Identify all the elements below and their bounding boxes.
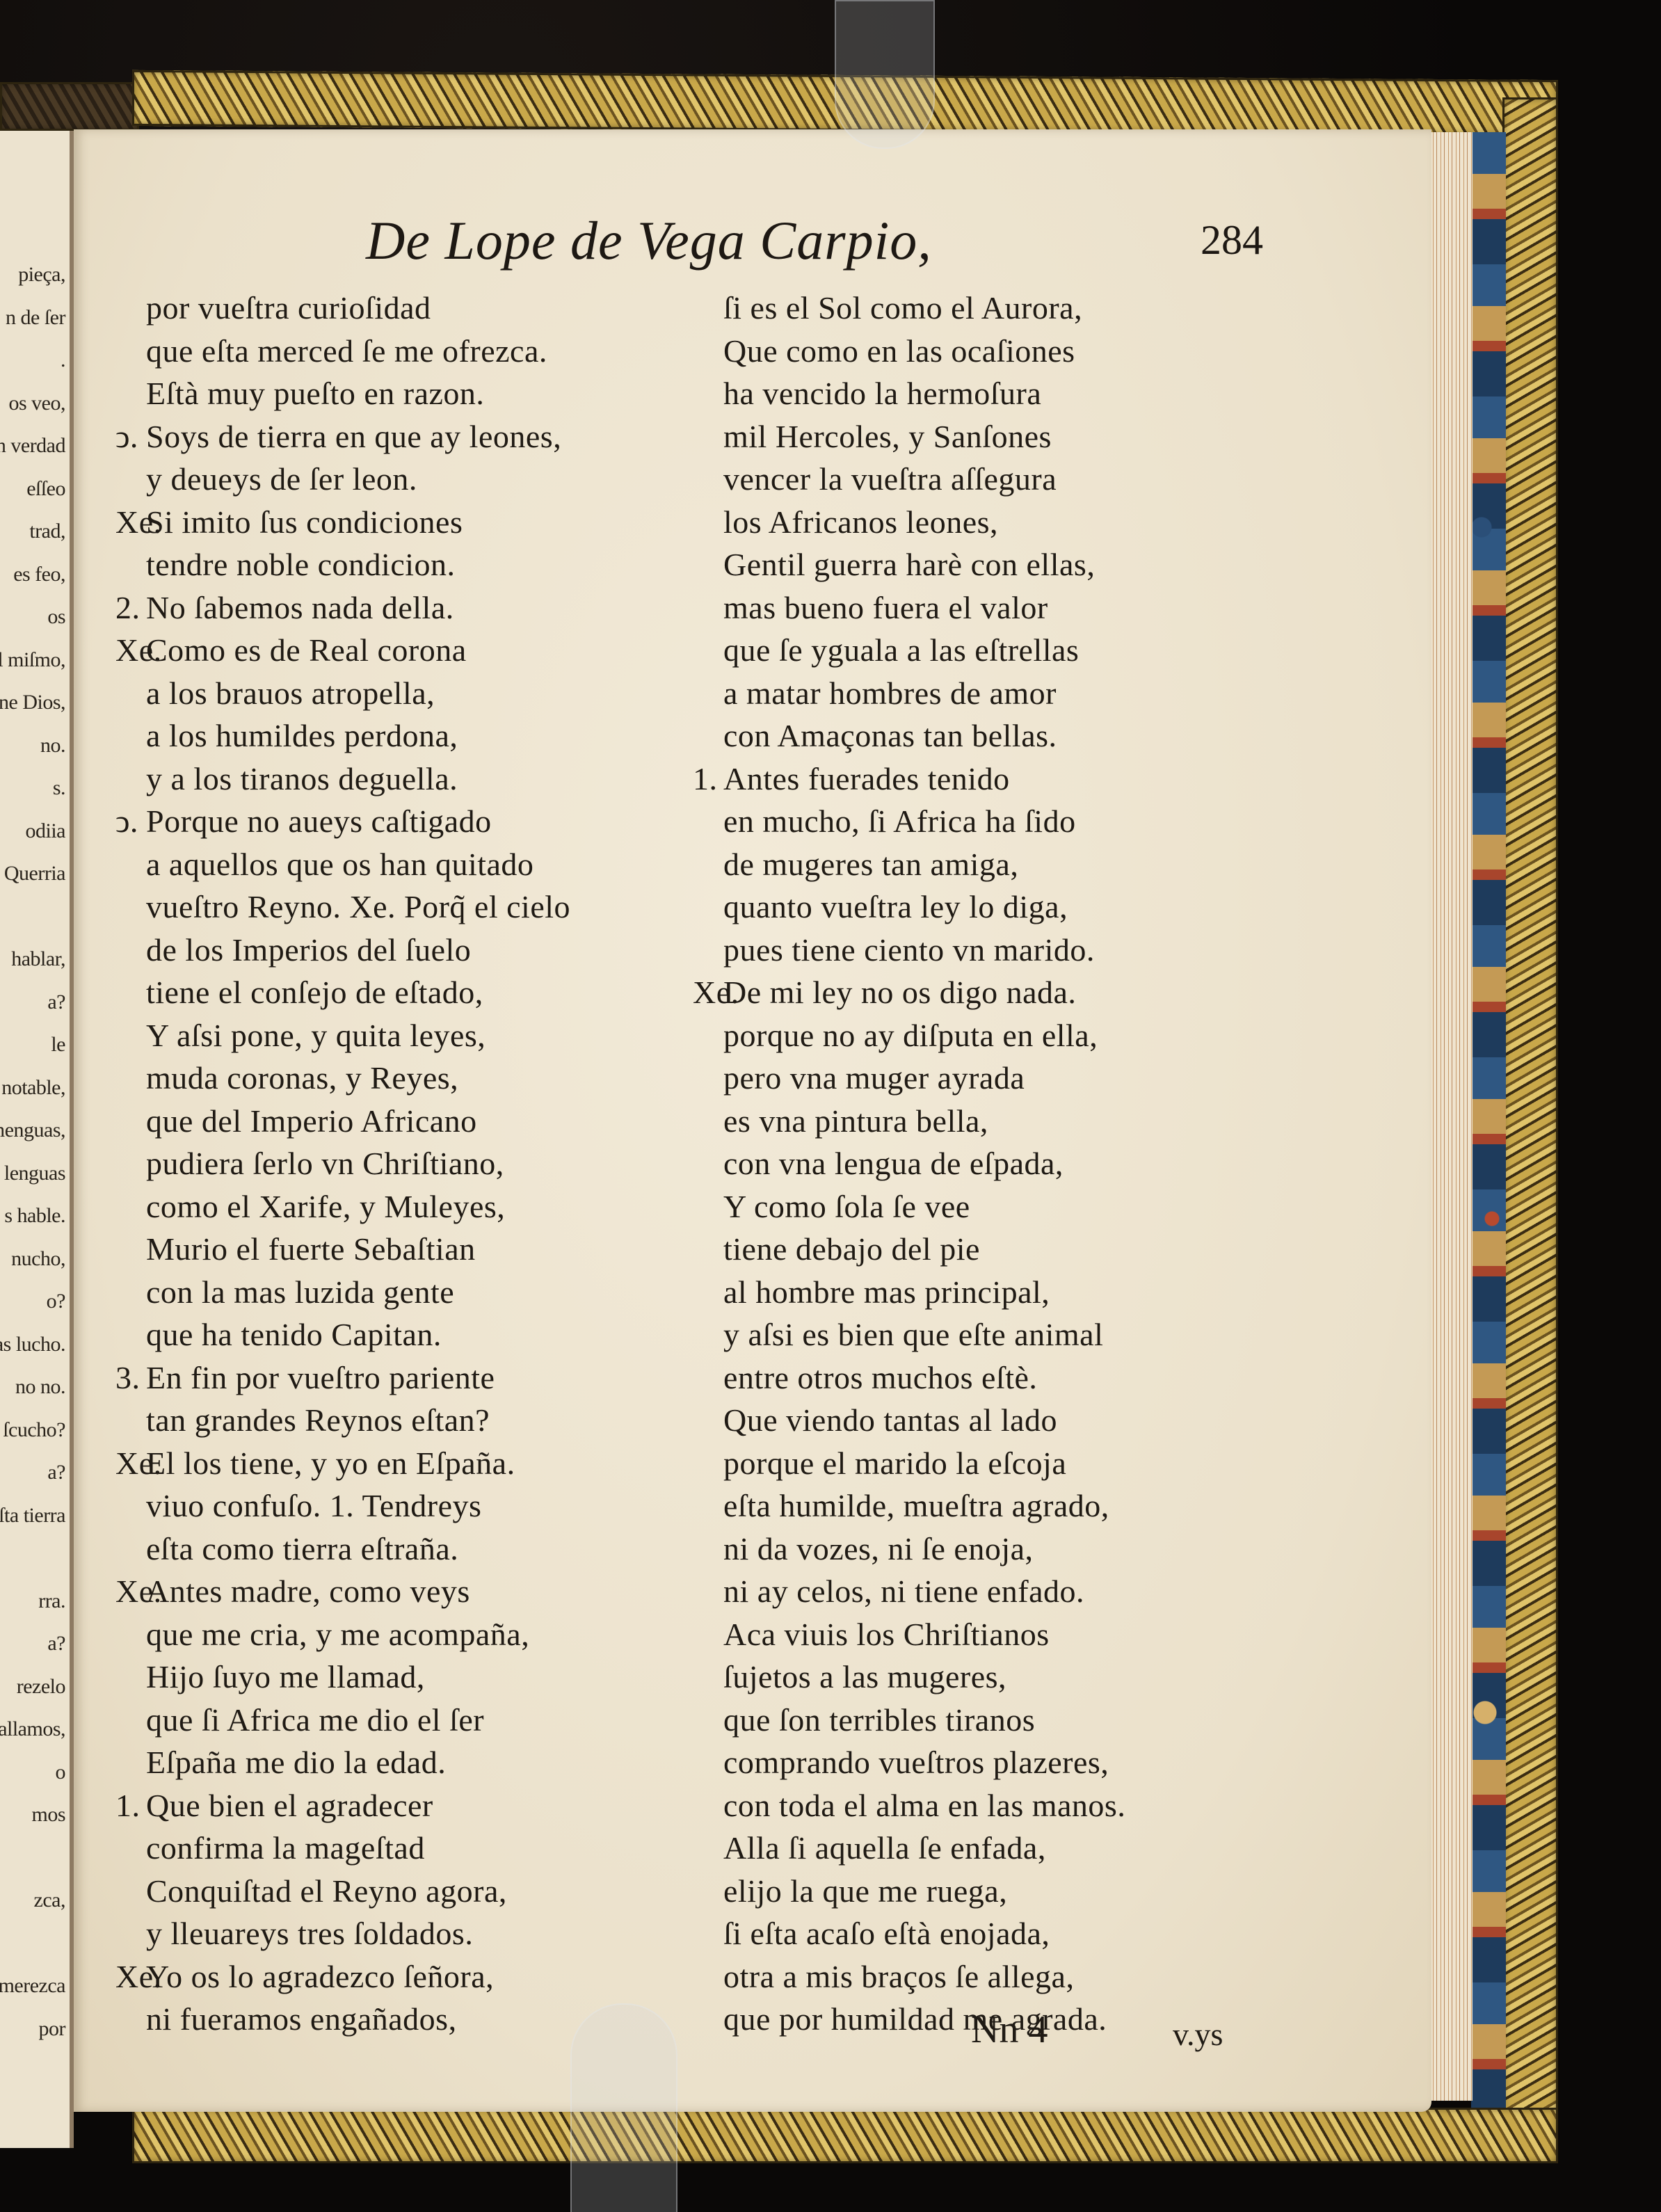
verse-text: con vna lengua de eſpada, xyxy=(723,1146,1064,1181)
facing-page-left: pieça,n de ſer.os veo,en verdadeſſeotrad… xyxy=(0,131,74,2148)
verse-line: que ſi Africa me dio el ſer xyxy=(115,1699,570,1742)
verse-text: que me cria, y me acompaña, xyxy=(146,1617,529,1652)
verse-text: de mugeres tan amiga, xyxy=(723,847,1018,882)
verse-text: que ſon terribles tiranos xyxy=(723,1702,1035,1738)
verse-text: viuo confuſo. 1. Tendreys xyxy=(146,1488,481,1523)
verse-text: vencer la vueſtra aſſegura xyxy=(723,461,1057,497)
verse-line: que por humildad me agrada. xyxy=(693,1998,1125,2041)
verse-text: a los humildes perdona, xyxy=(146,718,458,753)
verse-text: Que como en las ocaſiones xyxy=(723,333,1075,369)
facing-page-fragment: trad, xyxy=(29,520,65,543)
speaker-label: Xe. xyxy=(115,1442,146,1485)
facing-page-fragment: s. xyxy=(53,776,65,800)
verse-text: Que viendo tantas al lado xyxy=(723,1402,1057,1438)
verse-line: porque no ay diſputa en ella, xyxy=(693,1014,1125,1057)
verse-text: a los brauos atropella, xyxy=(146,675,435,711)
verse-text: ſi eſta acaſo eſtà enojada, xyxy=(723,1916,1050,1951)
verse-text: Alla ſi aquella ſe enfada, xyxy=(723,1830,1046,1866)
verse-text: tiene debajo del pie xyxy=(723,1231,980,1267)
verse-line: Xe.De mi ley no os digo nada. xyxy=(693,971,1125,1014)
verse-text: tendre noble condicion. xyxy=(146,547,456,582)
facing-page-fragment: os veo, xyxy=(9,392,66,415)
verse-line: Y aſsi pone, y quita leyes, xyxy=(115,1014,570,1057)
text-column-right: ſi es el Sol como el Aurora,Que como en … xyxy=(693,287,1125,2041)
verse-text: Que bien el agradecer xyxy=(146,1788,433,1823)
verse-line: tendre noble condicion. xyxy=(115,543,570,586)
verse-line: pues tiene ciento vn marido. xyxy=(693,929,1125,972)
verse-line: Conquiſtad el Reyno agora, xyxy=(115,1870,570,1913)
verse-text: No ſabemos nada della. xyxy=(146,590,454,625)
speaker-label: 2. xyxy=(115,586,146,630)
verse-line: 1.Antes fuerades tenido xyxy=(693,758,1125,801)
verse-line: Hijo ſuyo me llamad, xyxy=(115,1656,570,1699)
facing-page-fragment: os xyxy=(47,605,65,629)
verse-line: por vueſtra curioſidad xyxy=(115,287,570,330)
verse-line: 2.No ſabemos nada della. xyxy=(115,586,570,630)
verse-line: 1.Que bien el agradecer xyxy=(115,1784,570,1827)
verse-text: eſta humilde, mueſtra agrado, xyxy=(723,1488,1109,1523)
facing-page-fragment: a? xyxy=(47,991,65,1014)
verse-text: vueſtro Reyno. Xe. Porq̃ el cielo xyxy=(146,889,570,924)
speaker-label: ↄ. xyxy=(115,415,146,458)
facing-page-fragment: Querria xyxy=(4,862,65,885)
verse-text: y lleuareys tres ſoldados. xyxy=(146,1916,473,1951)
verse-text: comprando vueſtros plazeres, xyxy=(723,1745,1109,1780)
marbled-fore-edge xyxy=(1471,132,1506,2108)
verse-line: ſujetos a las mugeres, xyxy=(693,1656,1125,1699)
verse-line: tan grandes Reynos eſtan? xyxy=(115,1399,570,1442)
facing-page-fragment: no. xyxy=(40,734,65,758)
verse-text: con la mas luzida gente xyxy=(146,1274,454,1310)
left-binding-edge xyxy=(0,82,139,131)
facing-page-fragment: ſta tierra xyxy=(0,1504,65,1528)
verse-text: Y como ſola ſe vee xyxy=(723,1189,970,1224)
verse-line: al hombre mas principal, xyxy=(693,1271,1125,1314)
verse-line: Xe.Como es de Real corona xyxy=(115,629,570,672)
facing-page-fragment: es feo, xyxy=(13,563,65,586)
verse-text: y deueys de ſer leon. xyxy=(146,461,417,497)
verse-line: quanto vueſtra ley lo diga, xyxy=(693,885,1125,929)
verse-text: Gentil guerra harè con ellas, xyxy=(723,547,1095,582)
speaker-label: 1. xyxy=(115,1784,146,1827)
verse-line: 3.En fin por vueſtro pariente xyxy=(115,1356,570,1400)
speaker-label: 3. xyxy=(115,1356,146,1400)
speaker-label: ↄ. xyxy=(115,800,146,843)
verse-line: comprando vueſtros plazeres, xyxy=(693,1741,1125,1784)
verse-line: ↄ.Soys de tierra en que ay leones, xyxy=(115,415,570,458)
gilt-border-right xyxy=(1502,97,1558,2163)
verse-line: de mugeres tan amiga, xyxy=(693,843,1125,886)
verse-text: Como es de Real corona xyxy=(146,632,467,668)
verse-text: porque no ay diſputa en ella, xyxy=(723,1018,1098,1053)
verse-text: y a los tiranos deguella. xyxy=(146,761,458,796)
verse-line: y aſsi es bien que eſte animal xyxy=(693,1313,1125,1356)
verse-text: por vueſtra curioſidad xyxy=(146,290,431,326)
verse-text: Porque no aueys caſtigado xyxy=(146,803,492,839)
verse-line: Gentil guerra harè con ellas, xyxy=(693,543,1125,586)
facing-page-fragment: eſſeo xyxy=(26,477,65,501)
verse-line: es vna pintura bella, xyxy=(693,1100,1125,1143)
text-column-left: por vueſtra curioſidadque eſta merced ſe… xyxy=(115,287,570,2041)
verse-line: los Africanos leones, xyxy=(693,501,1125,544)
facing-page-fragment: allamos, xyxy=(0,1717,65,1741)
facing-page-fragment: lenguas xyxy=(4,1162,65,1185)
verse-text: tan grandes Reynos eſtan? xyxy=(146,1402,490,1438)
verse-text: ha vencido la hermoſura xyxy=(723,376,1041,411)
speaker-label: Xe. xyxy=(115,1955,146,1998)
verse-line: Alla ſi aquella ſe enfada, xyxy=(693,1827,1125,1870)
verse-line: otra a mis braços ſe allega, xyxy=(693,1955,1125,1998)
verse-text: El los tiene, y yo en Eſpaña. xyxy=(146,1445,515,1481)
verse-text: con Amaçonas tan bellas. xyxy=(723,718,1057,753)
verse-text: pues tiene ciento vn marido. xyxy=(723,932,1095,968)
verse-line: Xe.Antes madre, como veys xyxy=(115,1570,570,1613)
speaker-label: Xe. xyxy=(693,971,723,1014)
verse-text: que ha tenido Capitan. xyxy=(146,1317,442,1352)
verse-text: entre otros muchos eſtè. xyxy=(723,1360,1037,1395)
verse-line: Que viendo tantas al lado xyxy=(693,1399,1125,1442)
verse-line: a los brauos atropella, xyxy=(115,672,570,715)
verse-line: ni da vozes, ni ſe enoja, xyxy=(693,1528,1125,1571)
verse-text: es vna pintura bella, xyxy=(723,1103,988,1139)
verse-line: entre otros muchos eſtè. xyxy=(693,1356,1125,1400)
facing-page-fragment: rezelo xyxy=(17,1675,65,1699)
verse-text: que del Imperio Africano xyxy=(146,1103,477,1139)
verse-text: quanto vueſtra ley lo diga, xyxy=(723,889,1068,924)
verse-text: Antes fuerades tenido xyxy=(723,761,1010,796)
verse-line: porque el marido la eſcoja xyxy=(693,1442,1125,1485)
speaker-label: Xe. xyxy=(115,501,146,544)
facing-page-fragment: menguas, xyxy=(0,1119,65,1142)
verse-text: los Africanos leones, xyxy=(723,504,998,540)
facing-page-fragment: s notable, xyxy=(0,1076,65,1100)
verse-line: que del Imperio Africano xyxy=(115,1100,570,1143)
facing-page-fragment: zca, xyxy=(34,1889,65,1912)
speaker-label: Xe. xyxy=(115,629,146,672)
verse-text: a aquellos que os han quitado xyxy=(146,847,533,882)
verse-text: ni da vozes, ni ſe enoja, xyxy=(723,1531,1034,1566)
verse-text: Eſtà muy pueſto en razon. xyxy=(146,376,484,411)
verse-line: y a los tiranos deguella. xyxy=(115,758,570,801)
verse-text: a matar hombres de amor xyxy=(723,675,1057,711)
verse-line: confirma la mageſtad xyxy=(115,1827,570,1870)
gilt-border-bottom xyxy=(132,2108,1558,2163)
facing-page-fragment: ſcucho? xyxy=(3,1418,65,1442)
verse-text: Antes madre, como veys xyxy=(146,1573,470,1609)
verse-text: ni ay celos, ni tiene enfado. xyxy=(723,1573,1084,1609)
verse-line: ni ay celos, ni tiene enfado. xyxy=(693,1570,1125,1613)
verse-line: Aca viuis los Chriſtianos xyxy=(693,1613,1125,1656)
facing-page-fragment: . xyxy=(61,348,65,372)
facing-page-fragment: a? xyxy=(47,1461,65,1484)
verse-line: a los humildes perdona, xyxy=(115,714,570,758)
verse-text: mil Hercoles, y Sanſones xyxy=(723,419,1052,454)
verse-text: muda coronas, y Reyes, xyxy=(146,1060,458,1096)
facing-page-fragment: por xyxy=(39,2017,66,2041)
running-head: De Lope de Vega Carpio, xyxy=(366,209,932,272)
facing-page-fragment: rra. xyxy=(38,1589,65,1613)
verse-line: que me cria, y me acompaña, xyxy=(115,1613,570,1656)
verse-line: de los Imperios del ſuelo xyxy=(115,929,570,972)
verse-text: En fin por vueſtro pariente xyxy=(146,1360,495,1395)
verse-text: y aſsi es bien que eſte animal xyxy=(723,1317,1103,1352)
page-edges-stack xyxy=(1429,132,1473,2101)
verse-line: tiene debajo del pie xyxy=(693,1228,1125,1271)
verse-text: pudiera ſerlo vn Chriſtiano, xyxy=(146,1146,504,1181)
verse-line: pero vna muger ayrada xyxy=(693,1057,1125,1100)
page-clip-bottom xyxy=(570,2003,677,2212)
facing-page-fragment: le xyxy=(51,1033,65,1057)
page-number: 284 xyxy=(1201,216,1263,264)
verse-text: confirma la mageſtad xyxy=(146,1830,425,1866)
facing-page-fragment: el miſmo, xyxy=(0,648,65,672)
verse-line: pudiera ſerlo vn Chriſtiano, xyxy=(115,1142,570,1185)
verse-line: con vna lengua de eſpada, xyxy=(693,1142,1125,1185)
verse-line: y lleuareys tres ſoldados. xyxy=(115,1912,570,1955)
verse-text: De mi ley no os digo nada. xyxy=(723,975,1076,1010)
facing-page-fragment: n de ſer xyxy=(6,306,65,330)
verse-line: ſi eſta acaſo eſtà enojada, xyxy=(693,1912,1125,1955)
verse-line: vencer la vueſtra aſſegura xyxy=(693,458,1125,501)
verse-line: ni fueramos engañados, xyxy=(115,1998,570,2041)
signature-mark: Nn 4 xyxy=(971,2007,1048,2052)
verse-line: ſi es el Sol como el Aurora, xyxy=(693,287,1125,330)
verse-text: Conquiſtad el Reyno agora, xyxy=(146,1873,507,1909)
verse-line: con la mas luzida gente xyxy=(115,1271,570,1314)
verse-line: Eſtà muy pueſto en razon. xyxy=(115,372,570,415)
verse-text: ſujetos a las mugeres, xyxy=(723,1659,1006,1694)
verse-text: otra a mis braços ſe allega, xyxy=(723,1959,1074,1994)
facing-page-fragment: s hable. xyxy=(4,1204,65,1228)
verse-text: Yo os lo agradezco ſeñora, xyxy=(146,1959,494,1994)
facing-page-fragment: a? xyxy=(47,1632,65,1656)
facing-page-fragment: en verdad xyxy=(0,434,65,458)
verse-line: viuo confuſo. 1. Tendreys xyxy=(115,1484,570,1528)
verse-line: Xe.Yo os lo agradezco ſeñora, xyxy=(115,1955,570,1998)
page-clip-top xyxy=(835,0,935,149)
facing-page-fragment: hablar, xyxy=(11,947,65,971)
verse-text: eſta como tierra eſtraña. xyxy=(146,1531,458,1566)
verse-line: que ha tenido Capitan. xyxy=(115,1313,570,1356)
verse-text: que eſta merced ſe me ofrezca. xyxy=(146,333,547,369)
facing-page-fragment: merezca xyxy=(0,1974,65,1998)
verse-line: en mucho, ſi Africa ha ſido xyxy=(693,800,1125,843)
catchword: v.ys xyxy=(1173,2016,1223,2053)
verse-line: y deueys de ſer leon. xyxy=(115,458,570,501)
verse-line: muda coronas, y Reyes, xyxy=(115,1057,570,1100)
facing-page-fragment: o? xyxy=(47,1290,65,1313)
verse-text: que ſi Africa me dio el ſer xyxy=(146,1702,484,1738)
verse-line: a aquellos que os han quitado xyxy=(115,843,570,886)
verse-text: ni fueramos engañados, xyxy=(146,2001,457,2037)
facing-page-fragment: ne Dios, xyxy=(0,691,65,714)
verse-line: vueſtro Reyno. Xe. Porq̃ el cielo xyxy=(115,885,570,929)
verse-line: tiene el conſejo de eſtado, xyxy=(115,971,570,1014)
verse-text: al hombre mas principal, xyxy=(723,1274,1050,1310)
verse-text: en mucho, ſi Africa ha ſido xyxy=(723,803,1076,839)
verse-line: Xe.El los tiene, y yo en Eſpaña. xyxy=(115,1442,570,1485)
verse-text: mas bueno fuera el valor xyxy=(723,590,1048,625)
verse-line: eſta humilde, mueſtra agrado, xyxy=(693,1484,1125,1528)
verse-text: pero vna muger ayrada xyxy=(723,1060,1025,1096)
speaker-label: Xe. xyxy=(115,1570,146,1613)
verse-line: mas bueno fuera el valor xyxy=(693,586,1125,630)
verse-line: que ſon terribles tiranos xyxy=(693,1699,1125,1742)
verse-line: ↄ.Porque no aueys caſtigado xyxy=(115,800,570,843)
verse-line: Y como ſola ſe vee xyxy=(693,1185,1125,1228)
verse-line: como el Xarife, y Muleyes, xyxy=(115,1185,570,1228)
verse-line: Xe.Si imito ſus condiciones xyxy=(115,501,570,544)
verse-text: como el Xarife, y Muleyes, xyxy=(146,1189,505,1224)
verse-line: mil Hercoles, y Sanſones xyxy=(693,415,1125,458)
verse-line: Eſpaña me dio la edad. xyxy=(115,1741,570,1784)
verse-line: ha vencido la hermoſura xyxy=(693,372,1125,415)
verse-text: Si imito ſus condiciones xyxy=(146,504,463,540)
verse-line: que eſta merced ſe me ofrezca. xyxy=(115,330,570,373)
verse-text: elijo la que me ruega, xyxy=(723,1873,1007,1909)
verse-text: Hijo ſuyo me llamad, xyxy=(146,1659,425,1694)
verse-text: Soys de tierra en que ay leones, xyxy=(146,419,561,454)
speaker-label: 1. xyxy=(693,758,723,801)
verse-text: Murio el fuerte Sebaſtian xyxy=(146,1231,476,1267)
verse-text: Aca viuis los Chriſtianos xyxy=(723,1617,1050,1652)
verse-line: Que como en las ocaſiones xyxy=(693,330,1125,373)
verse-text: Y aſsi pone, y quita leyes, xyxy=(146,1018,486,1053)
facing-page-fragment: odiia xyxy=(26,819,66,843)
verse-text: que por humildad me agrada. xyxy=(723,2001,1107,2037)
facing-page-fragment: no no. xyxy=(15,1375,65,1399)
verse-text: con toda el alma en las manos. xyxy=(723,1788,1125,1823)
verse-text: que ſe yguala a las eſtrellas xyxy=(723,632,1079,668)
facing-page-fragment: nucho, xyxy=(11,1247,65,1271)
verse-line: Murio el fuerte Sebaſtian xyxy=(115,1228,570,1271)
verse-line: que ſe yguala a las eſtrellas xyxy=(693,629,1125,672)
facing-page-fragment: o xyxy=(56,1761,66,1784)
book-page: De Lope de Vega Carpio, 284 por vueſtra … xyxy=(74,129,1431,2112)
verse-text: porque el marido la eſcoja xyxy=(723,1445,1066,1481)
verse-text: de los Imperios del ſuelo xyxy=(146,932,471,968)
verse-line: elijo la que me ruega, xyxy=(693,1870,1125,1913)
verse-line: con Amaçonas tan bellas. xyxy=(693,714,1125,758)
verse-text: ſi es el Sol como el Aurora, xyxy=(723,290,1082,326)
verse-line: eſta como tierra eſtraña. xyxy=(115,1528,570,1571)
verse-text: Eſpaña me dio la edad. xyxy=(146,1745,446,1780)
verse-line: con toda el alma en las manos. xyxy=(693,1784,1125,1827)
facing-page-fragment: as lucho. xyxy=(0,1333,65,1356)
verse-text: tiene el conſejo de eſtado, xyxy=(146,975,483,1010)
facing-page-fragment: mos xyxy=(31,1803,65,1827)
verse-line: a matar hombres de amor xyxy=(693,672,1125,715)
facing-page-fragment: pieça, xyxy=(18,263,65,287)
